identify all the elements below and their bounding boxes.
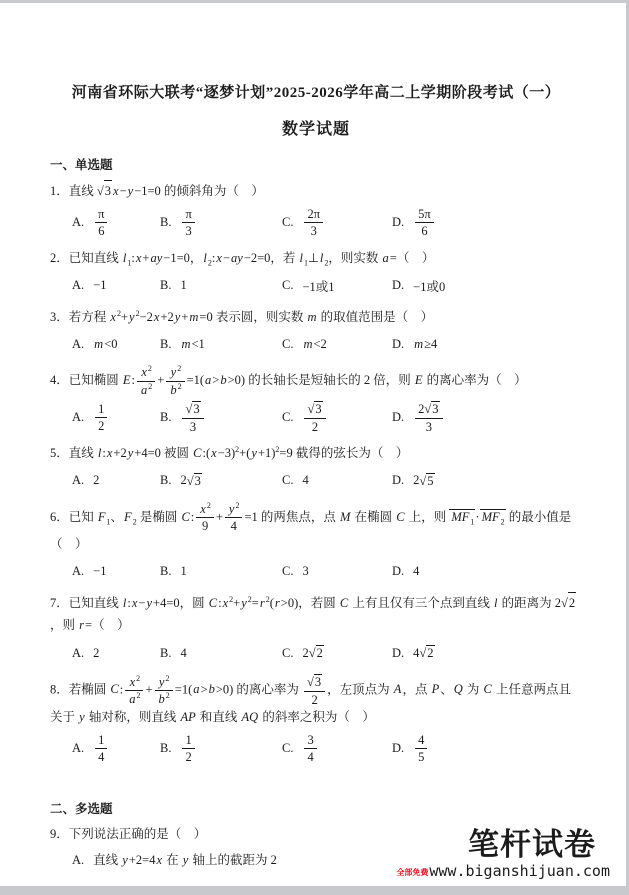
option: C.34 (282, 733, 392, 765)
option: B.4 (160, 646, 282, 661)
option-label: C. (282, 473, 293, 488)
option: A.−1 (72, 564, 160, 579)
logo-free-badge: 全部免费 (396, 867, 428, 880)
option: A.14 (72, 733, 160, 765)
option-label: A. (72, 215, 84, 230)
option-label: B. (160, 215, 171, 230)
option: D.4√2 (392, 645, 582, 661)
question-options: A.π6B.π3C.2π3D.5π6 (72, 207, 582, 239)
option-label: C. (282, 646, 293, 661)
exam-subtitle: 数学试题 (50, 116, 582, 139)
option-label: A. (72, 849, 84, 872)
option: C.√32 (282, 401, 392, 434)
option-label: C. (282, 410, 293, 425)
option: A.2 (72, 646, 160, 661)
option-label: C. (282, 741, 293, 756)
logo-url: www.biganshijuan.com (429, 862, 610, 880)
option-label: D. (392, 278, 404, 293)
question-stem: 3．若方程 x2+y2−2x+2y+m=0 表示圆，则实数 m 的取值范围是（ … (50, 307, 582, 329)
question: 2．已知直线 l1:x+ay−1=0，l2:x−ay−2=0，若 l1⊥l2，则… (50, 248, 582, 298)
option-label: A. (72, 646, 84, 661)
option: D.−1或0 (392, 277, 582, 295)
question-options: A.12B.√33C.√32D.2√33 (72, 401, 582, 434)
question: 3．若方程 x2+y2−2x+2y+m=0 表示圆，则实数 m 的取值范围是（ … (50, 307, 582, 357)
logo-brand-name: 笔杆试卷 (396, 829, 596, 862)
option-label: A. (72, 741, 84, 756)
option-label: D. (392, 337, 404, 352)
question-options: A.−1B.1C.−1或1D.−1或0 (72, 274, 582, 298)
option: D.4 (392, 564, 582, 579)
question-stem: 7．已知直线 l:x−y+4=0，圆 C:x2+y2=r2(r>0)，若圆 C … (50, 592, 582, 637)
option-label: C. (282, 337, 293, 352)
section-heading: 一、单选题 (50, 155, 582, 173)
question: 5．直线 l:x+2y+4=0 被圆 C:(x−3)2+(y+1)2=9 截得的… (50, 443, 582, 493)
option-label: B. (160, 410, 171, 425)
option-label: C. (282, 564, 293, 579)
question: 1．直线 √3x−y−1=0 的倾斜角为（ ）A.π6B.π3C.2π3D.5π… (50, 180, 582, 239)
question: 7．已知直线 l:x−y+4=0，圆 C:x2+y2=r2(r>0)，若圆 C … (50, 592, 582, 665)
option-label: B. (160, 473, 171, 488)
question-stem: 1．直线 √3x−y−1=0 的倾斜角为（ ） (50, 180, 582, 203)
question-options: A.m<0B.m<1C.m<2D.m≥4 (72, 332, 582, 356)
question-options: A.−1B.1C.3D.4 (72, 559, 582, 583)
option: D.2√5 (392, 473, 582, 489)
option: C.2π3 (282, 207, 392, 239)
option: C.2√2 (282, 645, 392, 661)
option: D.45 (392, 733, 582, 765)
question-stem: 6．已知 F1、F2 是椭圆 C:x29+y24=1 的两焦点，点 M 在椭圆 … (50, 502, 582, 556)
option: C.−1或1 (282, 277, 392, 295)
question-stem: 2．已知直线 l1:x+ay−1=0，l2:x−ay−2=0，若 l1⊥l2，则… (50, 248, 582, 270)
watermark-logo: 笔杆试卷 全部免费www.biganshijuan.com (396, 829, 610, 880)
option: D.5π6 (392, 207, 582, 239)
option-label: B. (160, 741, 171, 756)
option-label: D. (392, 741, 404, 756)
option-label: D. (392, 410, 404, 425)
option-label: D. (392, 646, 404, 661)
option: B.m<1 (160, 337, 282, 352)
option-label: A. (72, 564, 84, 579)
question-options: A.2B.4C.2√2D.4√2 (72, 641, 582, 665)
option: A.m<0 (72, 337, 160, 352)
option: D.m≥4 (392, 337, 582, 352)
option: B.2√3 (160, 473, 282, 489)
option: B.1 (160, 564, 282, 579)
question-options: A.2B.2√3C.4D.2√5 (72, 469, 582, 493)
question: 4．已知椭圆 E:x2a2+y2b2=1(a>b>0) 的长轴长是短轴长的 2 … (50, 365, 582, 434)
option-label: C. (282, 278, 293, 293)
option-label: A. (72, 410, 84, 425)
option: A.π6 (72, 207, 160, 239)
question: 6．已知 F1、F2 是椭圆 C:x29+y24=1 的两焦点，点 M 在椭圆 … (50, 502, 582, 584)
question-stem: 4．已知椭圆 E:x2a2+y2b2=1(a>b>0) 的长轴长是短轴长的 2 … (50, 365, 582, 397)
option-label: B. (160, 646, 171, 661)
option: C.3 (282, 564, 392, 579)
option-label: A. (72, 278, 84, 293)
option-label: B. (160, 278, 171, 293)
option: B.1 (160, 278, 282, 293)
option-label: C. (282, 215, 293, 230)
option: B.√33 (160, 401, 282, 434)
option: D.2√33 (392, 401, 582, 434)
option-label: D. (392, 564, 404, 579)
option: A.2 (72, 473, 160, 488)
option: C.4 (282, 473, 392, 488)
question-stem: 8．若椭圆 C:x2a2+y2b2=1(a>b>0) 的离心率为 √32，左顶点… (50, 674, 582, 729)
option: A.−1 (72, 278, 160, 293)
question: 8．若椭圆 C:x2a2+y2b2=1(a>b>0) 的离心率为 √32，左顶点… (50, 674, 582, 764)
option-label: B. (160, 337, 171, 352)
option-label: A. (72, 337, 84, 352)
question-stem: 5．直线 l:x+2y+4=0 被圆 C:(x−3)2+(y+1)2=9 截得的… (50, 443, 582, 465)
option: B.12 (160, 733, 282, 765)
option-label: D. (392, 215, 404, 230)
exam-title: 河南省环际大联考“逐梦计划”2025-2026学年高二上学期阶段考试（一） (50, 83, 582, 104)
section-heading: 二、多选题 (50, 799, 582, 817)
exam-content: 一、单选题1．直线 √3x−y−1=0 的倾斜角为（ ）A.π6B.π3C.2π… (50, 155, 582, 872)
logo-bottom-row: 全部免费www.biganshijuan.com (396, 862, 610, 880)
option-label: B. (160, 564, 171, 579)
option: C.m<2 (282, 337, 392, 352)
option-label: D. (392, 473, 404, 488)
option: A.12 (72, 402, 160, 434)
exam-page: 河南省环际大联考“逐梦计划”2025-2026学年高二上学期阶段考试（一） 数学… (0, 3, 626, 886)
option-label: A. (72, 473, 84, 488)
question-options: A.14B.12C.34D.45 (72, 733, 582, 765)
option: B.π3 (160, 207, 282, 239)
